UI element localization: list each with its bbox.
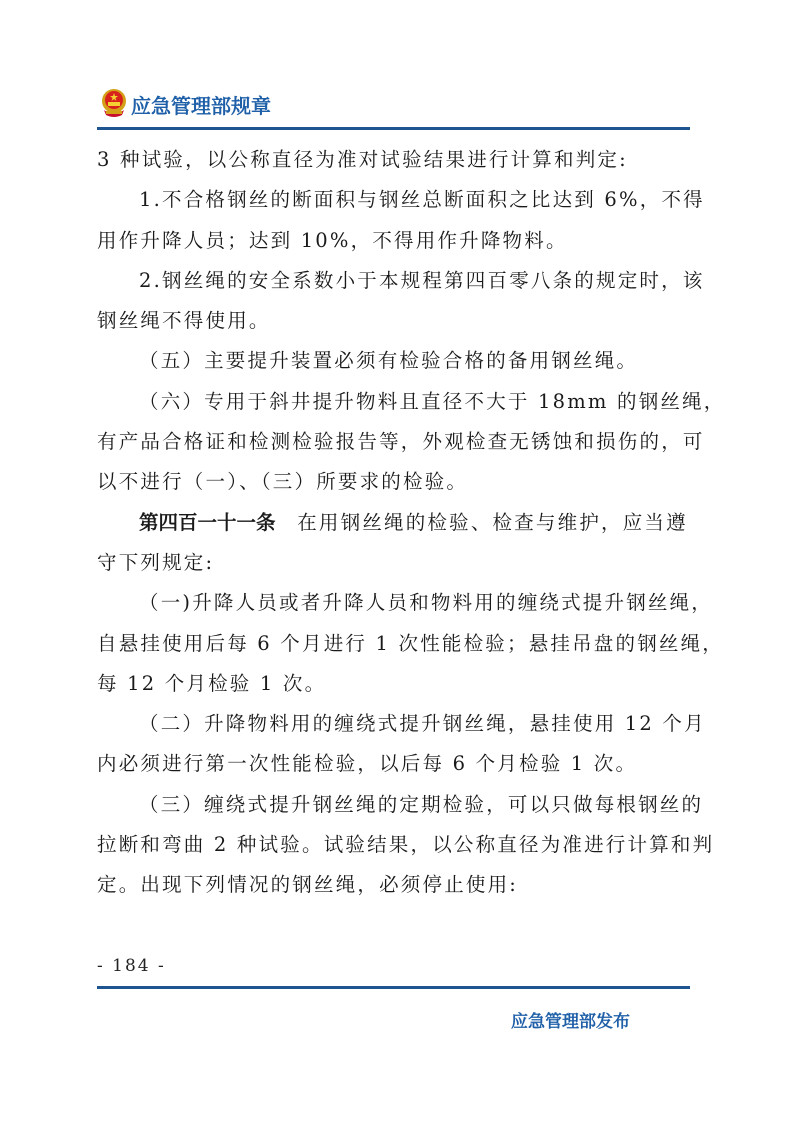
article-line: 第四百一十一条 在用钢丝绳的检验、检查与维护，应当遵 xyxy=(97,503,694,543)
document-body: 3 种试验，以公称直径为准对试验结果进行计算和判定: 1.不合格钢丝的断面积与钢… xyxy=(97,140,694,906)
page-number: - 184 - xyxy=(97,956,166,976)
text-line: 拉断和弯曲 2 种试验。试验结果，以公称直径为准进行计算和判 xyxy=(97,825,694,865)
national-emblem-icon xyxy=(100,88,128,118)
text-line: 有产品合格证和检测检验报告等，外观检查无锈蚀和损伤的，可 xyxy=(97,422,694,462)
footer-divider xyxy=(97,986,690,989)
header-divider xyxy=(97,127,690,130)
text-line: 2.钢丝绳的安全系数小于本规程第四百零八条的规定时，该 xyxy=(97,261,694,301)
text-line: 以不进行（一）、（三）所要求的检验。 xyxy=(97,462,694,502)
text-line: 定。出现下列情况的钢丝绳，必须停止使用: xyxy=(97,865,694,905)
text-line: 内必须进行第一次性能检验，以后每 6 个月检验 1 次。 xyxy=(97,744,694,784)
text-line: 3 种试验，以公称直径为准对试验结果进行计算和判定: xyxy=(97,140,694,180)
text-line: （六）专用于斜井提升物料且直径不大于 18mm 的钢丝绳， xyxy=(97,382,694,422)
header-title: 应急管理部规章 xyxy=(131,90,271,119)
text-line: （一)升降人员或者升降人员和物料用的缠绕式提升钢丝绳， xyxy=(97,583,694,623)
text-line: 1.不合格钢丝的断面积与钢丝总断面积之比达到 6%，不得 xyxy=(97,180,694,220)
article-text: 在用钢丝绳的检验、检查与维护，应当遵 xyxy=(276,511,688,534)
publisher-label: 应急管理部发布 xyxy=(511,1007,630,1032)
text-line: （五）主要提升装置必须有检验合格的备用钢丝绳。 xyxy=(97,341,694,381)
text-line: （二）升降物料用的缠绕式提升钢丝绳，悬挂使用 12 个月 xyxy=(97,704,694,744)
text-line: 每 12 个月检验 1 次。 xyxy=(97,664,694,704)
text-line: 守下列规定: xyxy=(97,543,694,583)
text-line: 钢丝绳不得使用。 xyxy=(97,301,694,341)
text-line: 自悬挂使用后每 6 个月进行 1 次性能检验；悬挂吊盘的钢丝绳， xyxy=(97,624,694,664)
text-line: （三）缠绕式提升钢丝绳的定期检验，可以只做每根钢丝的 xyxy=(97,785,694,825)
page-header: 应急管理部规章 xyxy=(97,86,690,130)
text-line: 用作升降人员；达到 10%，不得用作升降物料。 xyxy=(97,221,694,261)
article-number: 第四百一十一条 xyxy=(139,511,276,534)
